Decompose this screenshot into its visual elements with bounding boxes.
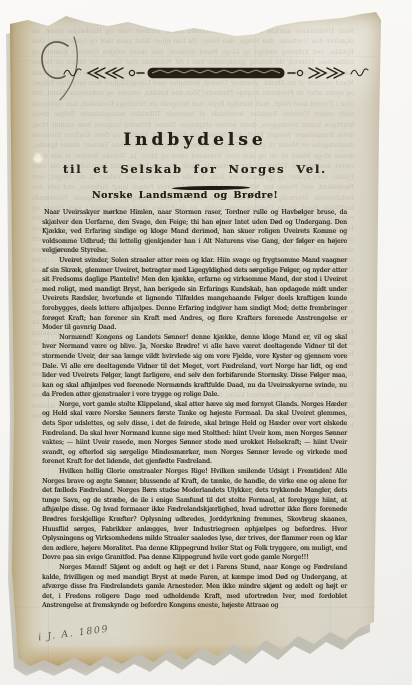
document-page: Naar Uveirsskyer mørkne Himlen, naar Sto… [8, 10, 382, 670]
body-paragraph: Norge, vort gamle stolte Klippeland, ska… [42, 400, 347, 467]
handwritten-date-note: i J. A. 1809 [38, 624, 110, 644]
body-paragraph: Naar Uveirsskyer mørkne Himlen, naar Sto… [42, 208, 347, 256]
document-subtitle: til et Selskab for Norges Vel. [8, 162, 382, 176]
photo-backdrop: Naar Uveirsskyer mørkne Himlen, naar Sto… [0, 0, 412, 685]
ornament-divider-icon [62, 66, 370, 80]
body-paragraph: Hvilken hellig Glorie omstraaler Norges … [42, 467, 347, 563]
body-paragraph: Norges Mænd! Skjønt og ædelt og højt er … [42, 563, 347, 611]
body-text: Naar Uveirsskyer mørkne Himlen, naar Sto… [42, 208, 347, 611]
salutation-heading: Norske Landsmænd og Brødre! [92, 190, 278, 201]
document-title: Indbydelse [8, 130, 382, 150]
body-paragraph: Normænd! Kongens og Landets Sønner! denn… [42, 333, 347, 400]
body-paragraph: Uveiret svinder, Solen straaler atter re… [42, 256, 347, 333]
